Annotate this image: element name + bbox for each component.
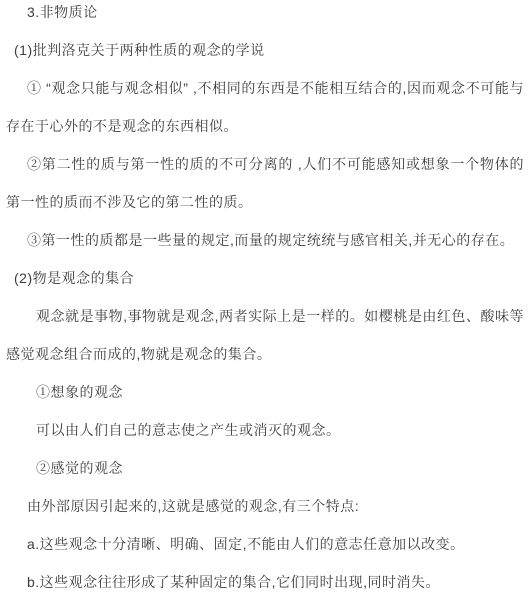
paragraph: ②第二性的质与第一性的质的不可分离的 ,人们不可能感知或想象一个物体的第一性的质… bbox=[6, 145, 524, 221]
paragraph: ①想象的观念 bbox=[6, 373, 524, 411]
paragraph: 由外部原因引起来的,这就是感觉的观念,有三个特点: bbox=[6, 487, 524, 525]
document-page: 3.非物质论(1)批判洛克关于两种性质的观念的学说① “观念只能与观念相似” ,… bbox=[0, 0, 528, 601]
paragraph: ②感觉的观念 bbox=[6, 449, 524, 487]
paragraph: 观念就是事物,事物就是观念,两者实际上是一样的。如樱桃是由红色、酸味等感觉观念组… bbox=[6, 297, 524, 373]
paragraph: (2)物是观念的集合 bbox=[6, 259, 524, 297]
paragraph: b.这些观念往往形成了某种固定的集合,它们同时出现,同时消失。 bbox=[6, 563, 524, 601]
paragraph: a.这些观念十分清晰、明确、固定,不能由人们的意志任意加以改变。 bbox=[6, 525, 524, 563]
paragraph: 可以由人们自己的意志使之产生或消灭的观念。 bbox=[6, 411, 524, 449]
paragraph: ③第一性的质都是一些量的规定,而量的规定统统与感官相关,并无心的存在。 bbox=[6, 221, 524, 259]
paragraph: ① “观念只能与观念相似” ,不相同的东西是不能相互结合的,因而观念不可能与存在… bbox=[6, 69, 524, 145]
document-body: 3.非物质论(1)批判洛克关于两种性质的观念的学说① “观念只能与观念相似” ,… bbox=[6, 0, 524, 601]
paragraph: 3.非物质论 bbox=[6, 0, 524, 31]
paragraph: (1)批判洛克关于两种性质的观念的学说 bbox=[6, 31, 524, 69]
